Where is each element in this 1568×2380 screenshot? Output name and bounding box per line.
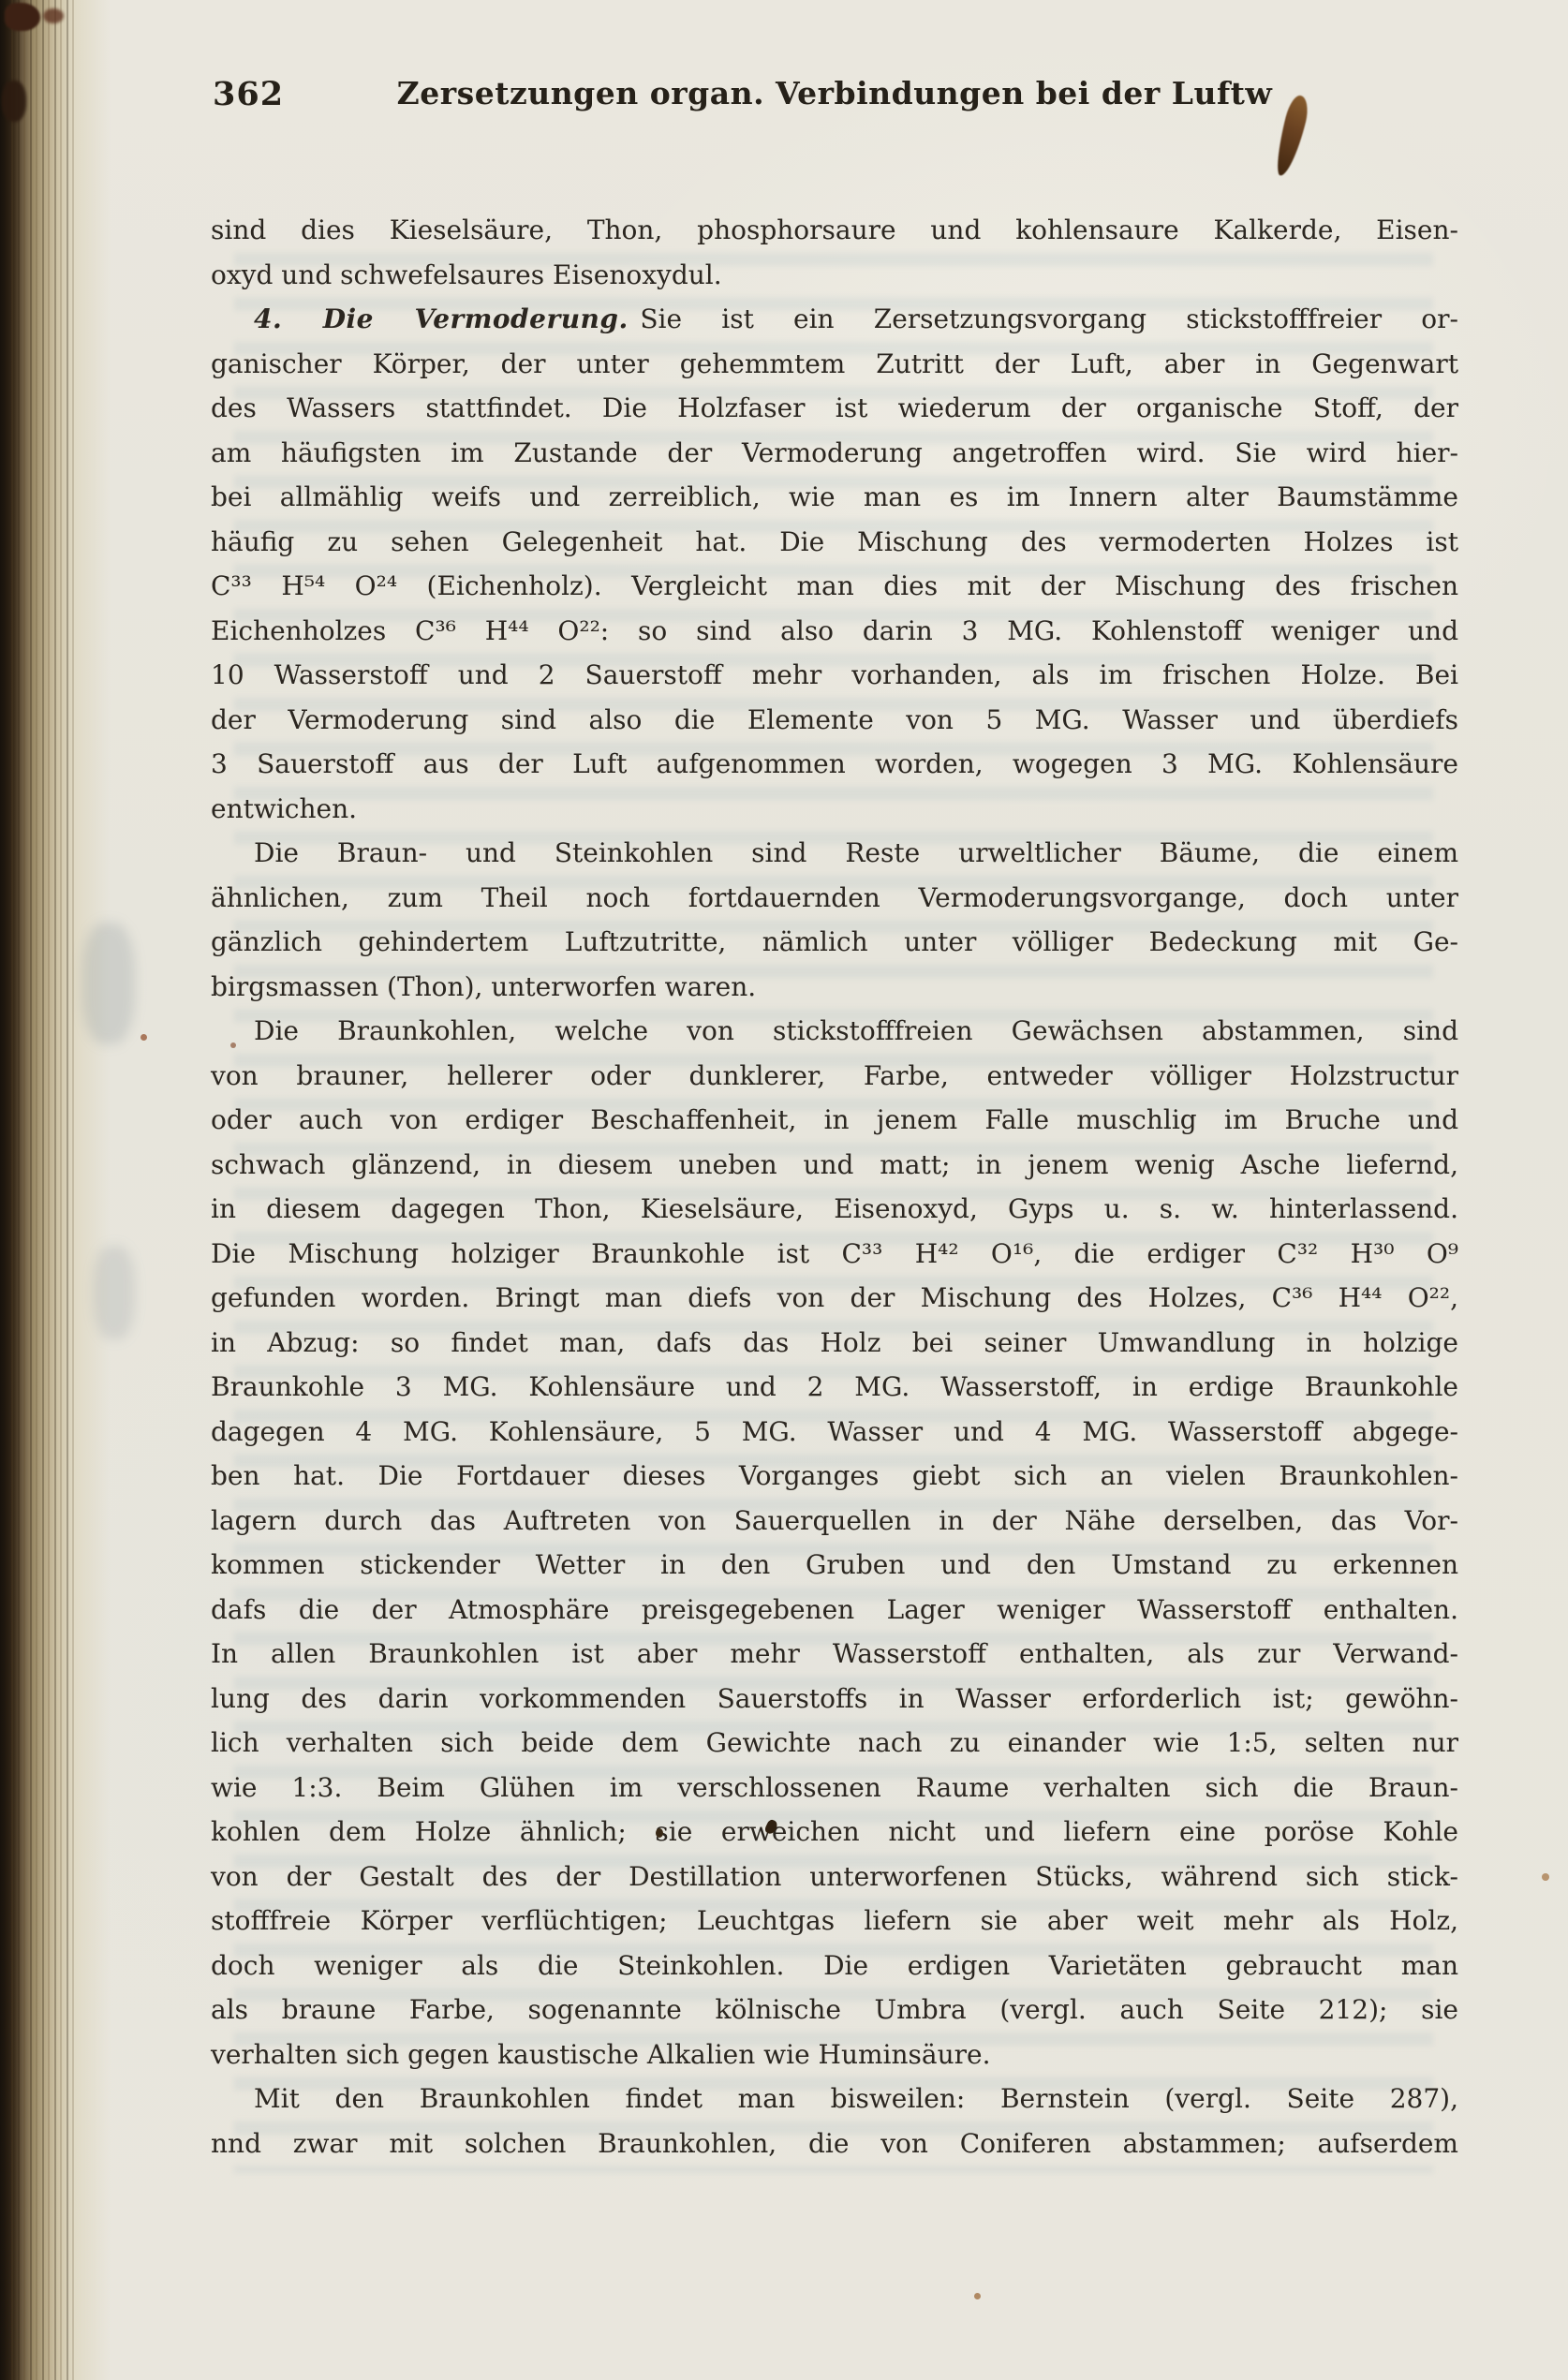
text-line: ähnlichen, zum Theil noch fortdauernden … [211, 876, 1458, 921]
text-line: 4. Die Vermoderung.Sie ist ein Zersetzun… [211, 297, 1458, 342]
text-line: des Wassers stattfindet. Die Holzfaser i… [211, 386, 1458, 431]
binding-corner-mark [2, 81, 26, 122]
running-header: Zersetzungen organ. Verbindungen bei der… [211, 75, 1458, 111]
text-line: oxyd und schwefelsaures Eisenoxydul. [211, 253, 1458, 298]
section-heading-vermoderung: 4. Die Vermoderung. [254, 303, 629, 334]
text-line: von der Gestalt des der Destillation unt… [211, 1855, 1458, 1900]
text-line: Mit den Braunkohlen findet man bisweilen… [211, 2077, 1458, 2121]
text-line: In allen Braunkohlen ist aber mehr Wasse… [211, 1632, 1458, 1677]
paper-speck [974, 2293, 981, 2299]
text-line: bei allmählig weifs und zerreiblich, wie… [211, 475, 1458, 520]
paper-speck [230, 1042, 236, 1048]
text-line: von brauner, hellerer oder dunklerer, Fa… [211, 1054, 1458, 1099]
text-line: stofffreie Körper verflüchtigen; Leuchtg… [211, 1899, 1458, 1944]
text-line: C³³ H⁵⁴ O²⁴ (Eichenholz). Vergleicht man… [211, 564, 1458, 609]
text-line: doch weniger als die Steinkohlen. Die er… [211, 1944, 1458, 1988]
text-line-rest: Sie ist ein Zersetzungsvorgang stickstof… [640, 303, 1458, 334]
text-line: in diesem dagegen Thon, Kieselsäure, Eis… [211, 1187, 1458, 1232]
book-page-scan: 362 Zersetzungen organ. Verbindungen bei… [0, 0, 1568, 2380]
page-edge-streaks [6, 0, 79, 2380]
text-line: sind dies Kieselsäure, Thon, phosphorsau… [211, 208, 1458, 253]
text-line: lagern durch das Auftreten von Sauerquel… [211, 1499, 1458, 1544]
margin-pencil-mark [82, 923, 135, 1044]
body-text-block: sind dies Kieselsäure, Thon, phosphorsau… [211, 208, 1458, 2166]
text-line: lung des darin vorkommenden Sauerstoffs … [211, 1677, 1458, 1722]
text-line: dafs die der Atmosphäre preisgegebenen L… [211, 1588, 1458, 1633]
text-line: Die Mischung holziger Braunkohle ist C³³… [211, 1232, 1458, 1277]
text-line: nnd zwar mit solchen Braunkohlen, die vo… [211, 2121, 1458, 2166]
text-line: kommen stickender Wetter in den Gruben u… [211, 1543, 1458, 1588]
text-line: kohlen dem Holze ähnlich; sie erweichen … [211, 1810, 1458, 1855]
paper-speck [1542, 1873, 1549, 1881]
text-line: Eichenholzes C³⁶ H⁴⁴ O²²: so sind also d… [211, 609, 1458, 654]
text-line: gefunden worden. Bringt man diefs von de… [211, 1276, 1458, 1321]
text-line: birgsmassen (Thon), unterworfen waren. [211, 965, 1458, 1010]
text-line: oder auch von erdiger Beschaffenheit, in… [211, 1098, 1458, 1143]
text-line: häufig zu sehen Gelegenheit hat. Die Mis… [211, 520, 1458, 565]
text-line: der Vermoderung sind also die Elemente v… [211, 698, 1458, 743]
text-line: 10 Wasserstoff und 2 Sauerstoff mehr vor… [211, 653, 1458, 698]
text-line: Die Braun- und Steinkohlen sind Reste ur… [211, 831, 1458, 876]
text-line: gänzlich gehindertem Luftzutritte, nämli… [211, 920, 1458, 965]
text-line: Braunkohle 3 MG. Kohlensäure und 2 MG. W… [211, 1365, 1458, 1410]
text-line: am häufigsten im Zustande der Vermoderun… [211, 431, 1458, 476]
running-header-row: 362 Zersetzungen organ. Verbindungen bei… [211, 75, 1458, 122]
text-line: ganischer Körper, der unter gehemmtem Zu… [211, 342, 1458, 387]
text-line: als braune Farbe, sogenannte kölnische U… [211, 1988, 1458, 2033]
paper-speck [141, 1034, 147, 1041]
text-line: verhalten sich gegen kaustische Alkalien… [211, 2033, 1458, 2077]
text-line: lich verhalten sich beide dem Gewichte n… [211, 1721, 1458, 1766]
text-line: in Abzug: so findet man, dafs das Holz b… [211, 1321, 1458, 1366]
paper-speck [656, 1828, 663, 1838]
text-line: ben hat. Die Fortdauer dieses Vorganges … [211, 1454, 1458, 1499]
binding-corner-mark [5, 3, 40, 31]
binding-corner-mark [43, 8, 64, 23]
text-line: wie 1:3. Beim Glühen im verschlossenen R… [211, 1766, 1458, 1811]
text-line: 3 Sauerstoff aus der Luft aufgenommen wo… [211, 742, 1458, 787]
text-line: Die Braunkohlen, welche von stickstofffr… [211, 1009, 1458, 1054]
text-line: entwichen. [211, 787, 1458, 832]
margin-pencil-mark [94, 1246, 135, 1339]
text-line: schwach glänzend, in diesem uneben und m… [211, 1143, 1458, 1188]
text-line: dagegen 4 MG. Kohlensäure, 5 MG. Wasser … [211, 1410, 1458, 1455]
